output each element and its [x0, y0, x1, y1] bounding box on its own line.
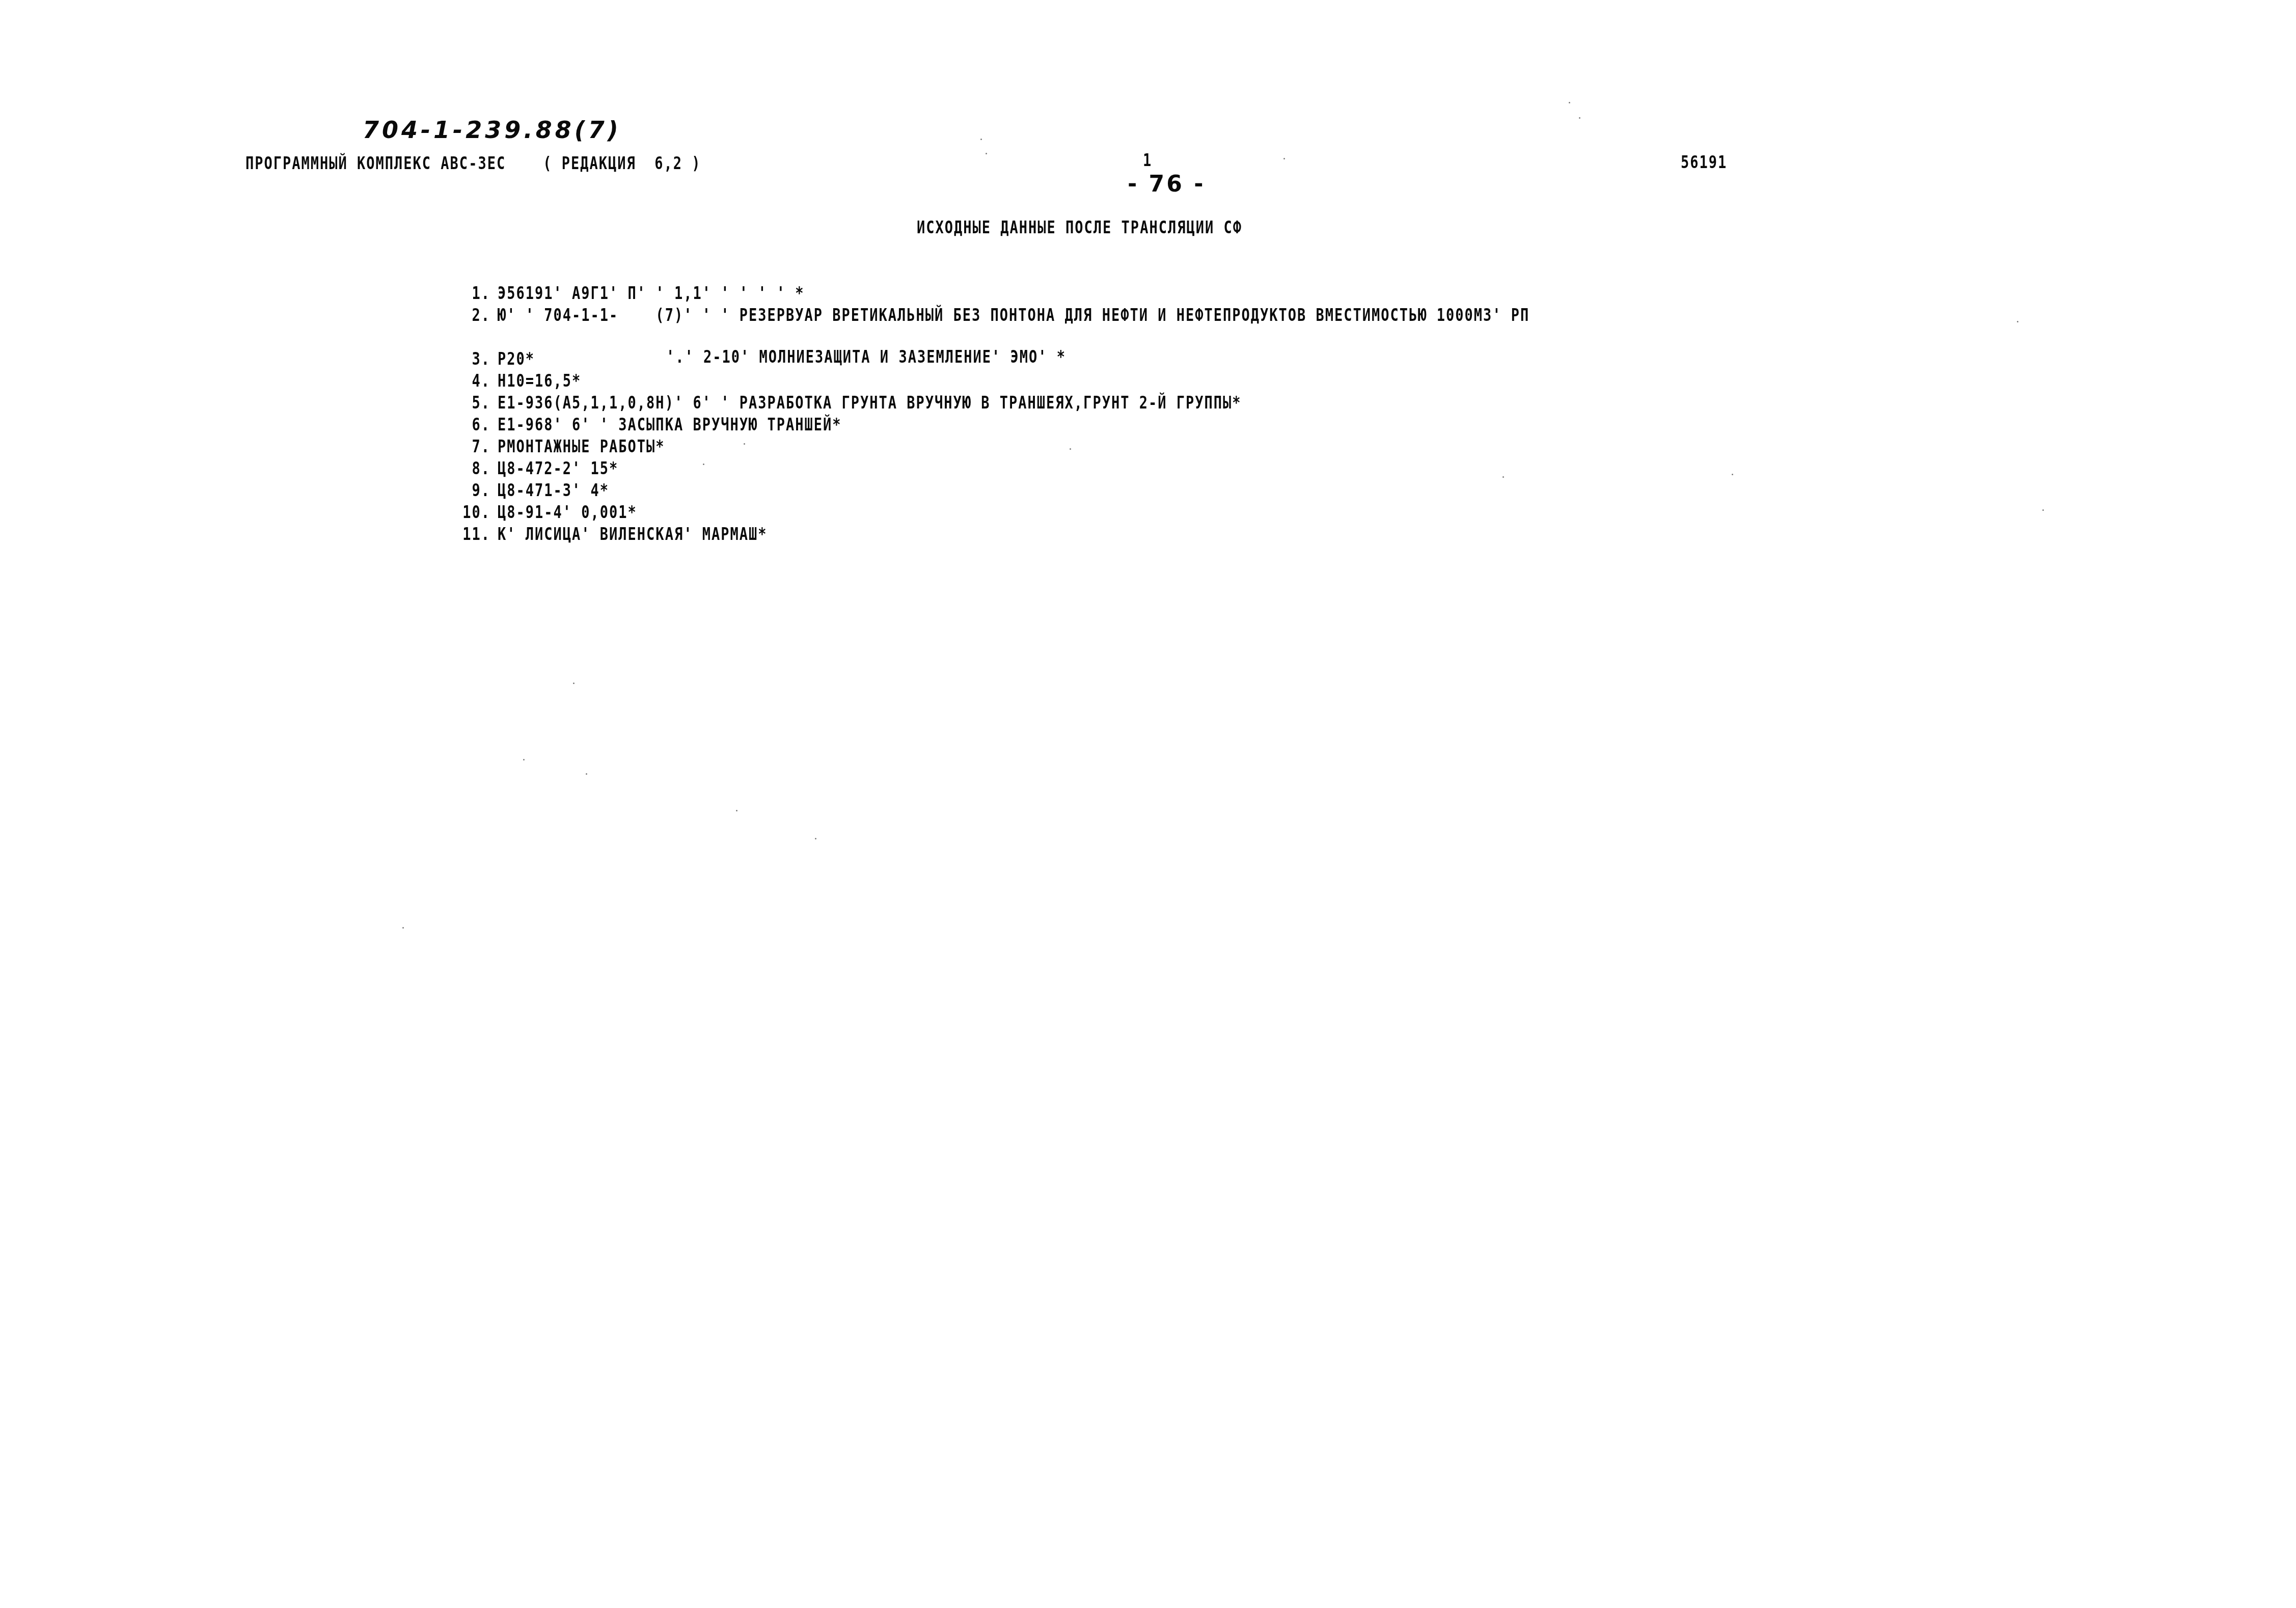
- scan-speck: [1502, 476, 1504, 478]
- scan-speck: [1579, 117, 1580, 119]
- scan-speck: [1569, 102, 1570, 103]
- scan-speck: [736, 810, 737, 811]
- scan-speck: [586, 773, 587, 775]
- program-header: ПРОГРАММНЫЙ КОМПЛЕКС АВС-3ЕС ( РЕДАКЦИЯ …: [245, 154, 701, 174]
- section-title: ИСХОДНЫЕ ДАННЫЕ ПОСЛЕ ТРАНСЛЯЦИИ СФ: [917, 218, 1242, 238]
- scan-speck: [1732, 474, 1733, 475]
- scan-speck: [2017, 321, 2018, 322]
- scan-speck: [1070, 448, 1071, 450]
- scan-speck: [402, 927, 404, 929]
- header-mark: 1: [1143, 151, 1152, 171]
- source-data-listing: 1.Э56191' А9Г1' П' ' 1,1' ' ' ' ' * 2.Ю'…: [422, 264, 1529, 527]
- document-number: 56191: [1681, 153, 1727, 173]
- line-number: 11.: [459, 525, 490, 544]
- scan-speck: [986, 153, 987, 154]
- scan-speck: [2042, 509, 2044, 511]
- scan-speck: [703, 464, 704, 465]
- page-number: - 76 -: [1128, 171, 1205, 197]
- handwritten-document-code: 704-1-239.88(7): [363, 116, 621, 144]
- line-text: К' ЛИСИЦА' ВИЛЕНСКАЯ' МАРМАШ*: [498, 525, 767, 544]
- scan-speck: [1283, 158, 1285, 159]
- scan-speck: [573, 683, 575, 684]
- list-item: 11.К' ЛИСИЦА' ВИЛЕНСКАЯ' МАРМАШ*: [422, 505, 1529, 532]
- scan-speck: [523, 759, 525, 760]
- scan-speck: [744, 443, 745, 445]
- scan-speck: [980, 139, 982, 140]
- scan-speck: [815, 838, 816, 839]
